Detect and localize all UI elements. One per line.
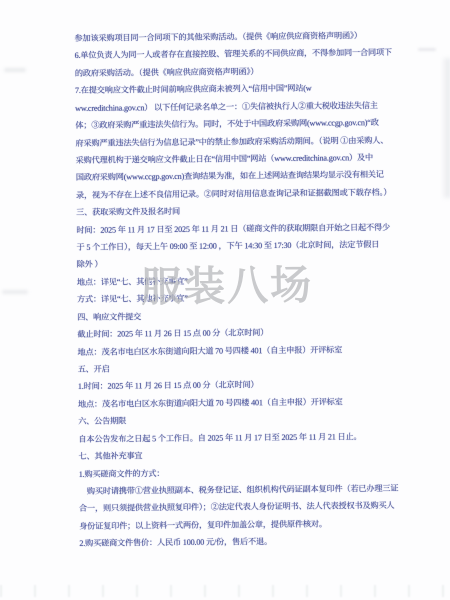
document-line: 2.购买磋商文件售价：人民币 100.00 元/份，售后不退。 — [79, 537, 272, 549]
document-line: 六、公告期限 — [78, 417, 126, 427]
document-line: 四、响应文件提交 — [77, 312, 141, 323]
document-line: 地点：茂名市电白区水东街道向阳大道 70 号四楼 401（自主申报）开评标室 — [78, 397, 343, 410]
document-line: 地点：茂名市电白区水东街道向阳大道 70 号四楼 401（自主申报）开评标室 — [77, 345, 342, 358]
watermark: 服装八场 — [141, 262, 314, 310]
document-line: 于 5 个工作日），每天上午 09:00 至 12:00 ，下午 14:30 至… — [76, 240, 379, 253]
document-line: 1.时间：2025 年 11 月 26 日 15 点 00 分（北京时间） — [78, 381, 259, 393]
document-line: 三、获取采购文件及报名时间 — [76, 207, 180, 218]
document-line: 录，视为不存在上述不良信用记录。②同时对信用信息查询记录和证据截图或下载存档。） — [76, 188, 391, 201]
document-line: ww.creditchina.gov.cn） 以下任何记录名单之一：①失信被执行… — [75, 101, 378, 114]
scanned-document-page: 参加该采购项目同一合同项下的其他采购活动。（提供《响应供应商资格声明函》）6.单… — [0, 0, 450, 600]
document-line: 府采购严重违法失信行为信息记录”中的禁止参加政府采购活动期间。（说明 ①由采购人… — [75, 135, 388, 148]
document-line: 截止时间：2025 年 11 月 26 日 15 点 00 分（北京时间） — [77, 328, 268, 340]
document-line: 体；③政府采购严重违法失信行为。同时，不处于中国政府采购网(www.ccgp.g… — [75, 118, 378, 131]
document-line: 合一，则只须提供营业执照复印件）；②法定代表人身份证明书、法人代表授权书及购买人 — [79, 501, 394, 514]
document-line: 五、开启 — [78, 365, 110, 375]
document-line: 身份证复印件；以上资料一式两份，复印件加盖公章，提供原件核对。 — [79, 519, 327, 531]
document-line: 采购代理机构于递交响应文件截止日在“信用中国”网站（www.creditchin… — [76, 153, 373, 166]
document-line: 时间：2025 年 11 月 17 日至 2025 年 11 月 21 日（磋商… — [76, 223, 390, 236]
document-line: 国政府采购网(www.ccgp.gov.cn)查询结果为准，如在上述网站查询结果… — [76, 170, 384, 183]
document-line: 除外 ） — [77, 260, 103, 270]
document-line: 参加该采购项目同一合同项下的其他采购活动。（提供《响应供应商资格声明函》） — [74, 31, 361, 44]
document-line: 的政府采购活动。（提供《响应供应商资格声明函》） — [75, 67, 259, 79]
document-line: 6.单位负责人为同一人或者存在直接控股、管理关系的不同供应商，不得参加同一合同项… — [75, 48, 392, 61]
document-line: 购买时请携带①营业执照副本、税务登记证、组织机构代码证副本复印件（若已办理三证 — [87, 484, 399, 497]
document-line: 七、其他补充事宜 — [78, 451, 142, 462]
document-line: 自本公告发布之日起 5 个工作日。自 2025 年 11 月 17 日至 202… — [78, 432, 361, 445]
document-line: 1.购买磋商文件的方式： — [79, 469, 165, 480]
document-line: 7.在提交响应文件截止时间前响应供应商未被列入“信用中国”网站(w — [75, 84, 312, 96]
